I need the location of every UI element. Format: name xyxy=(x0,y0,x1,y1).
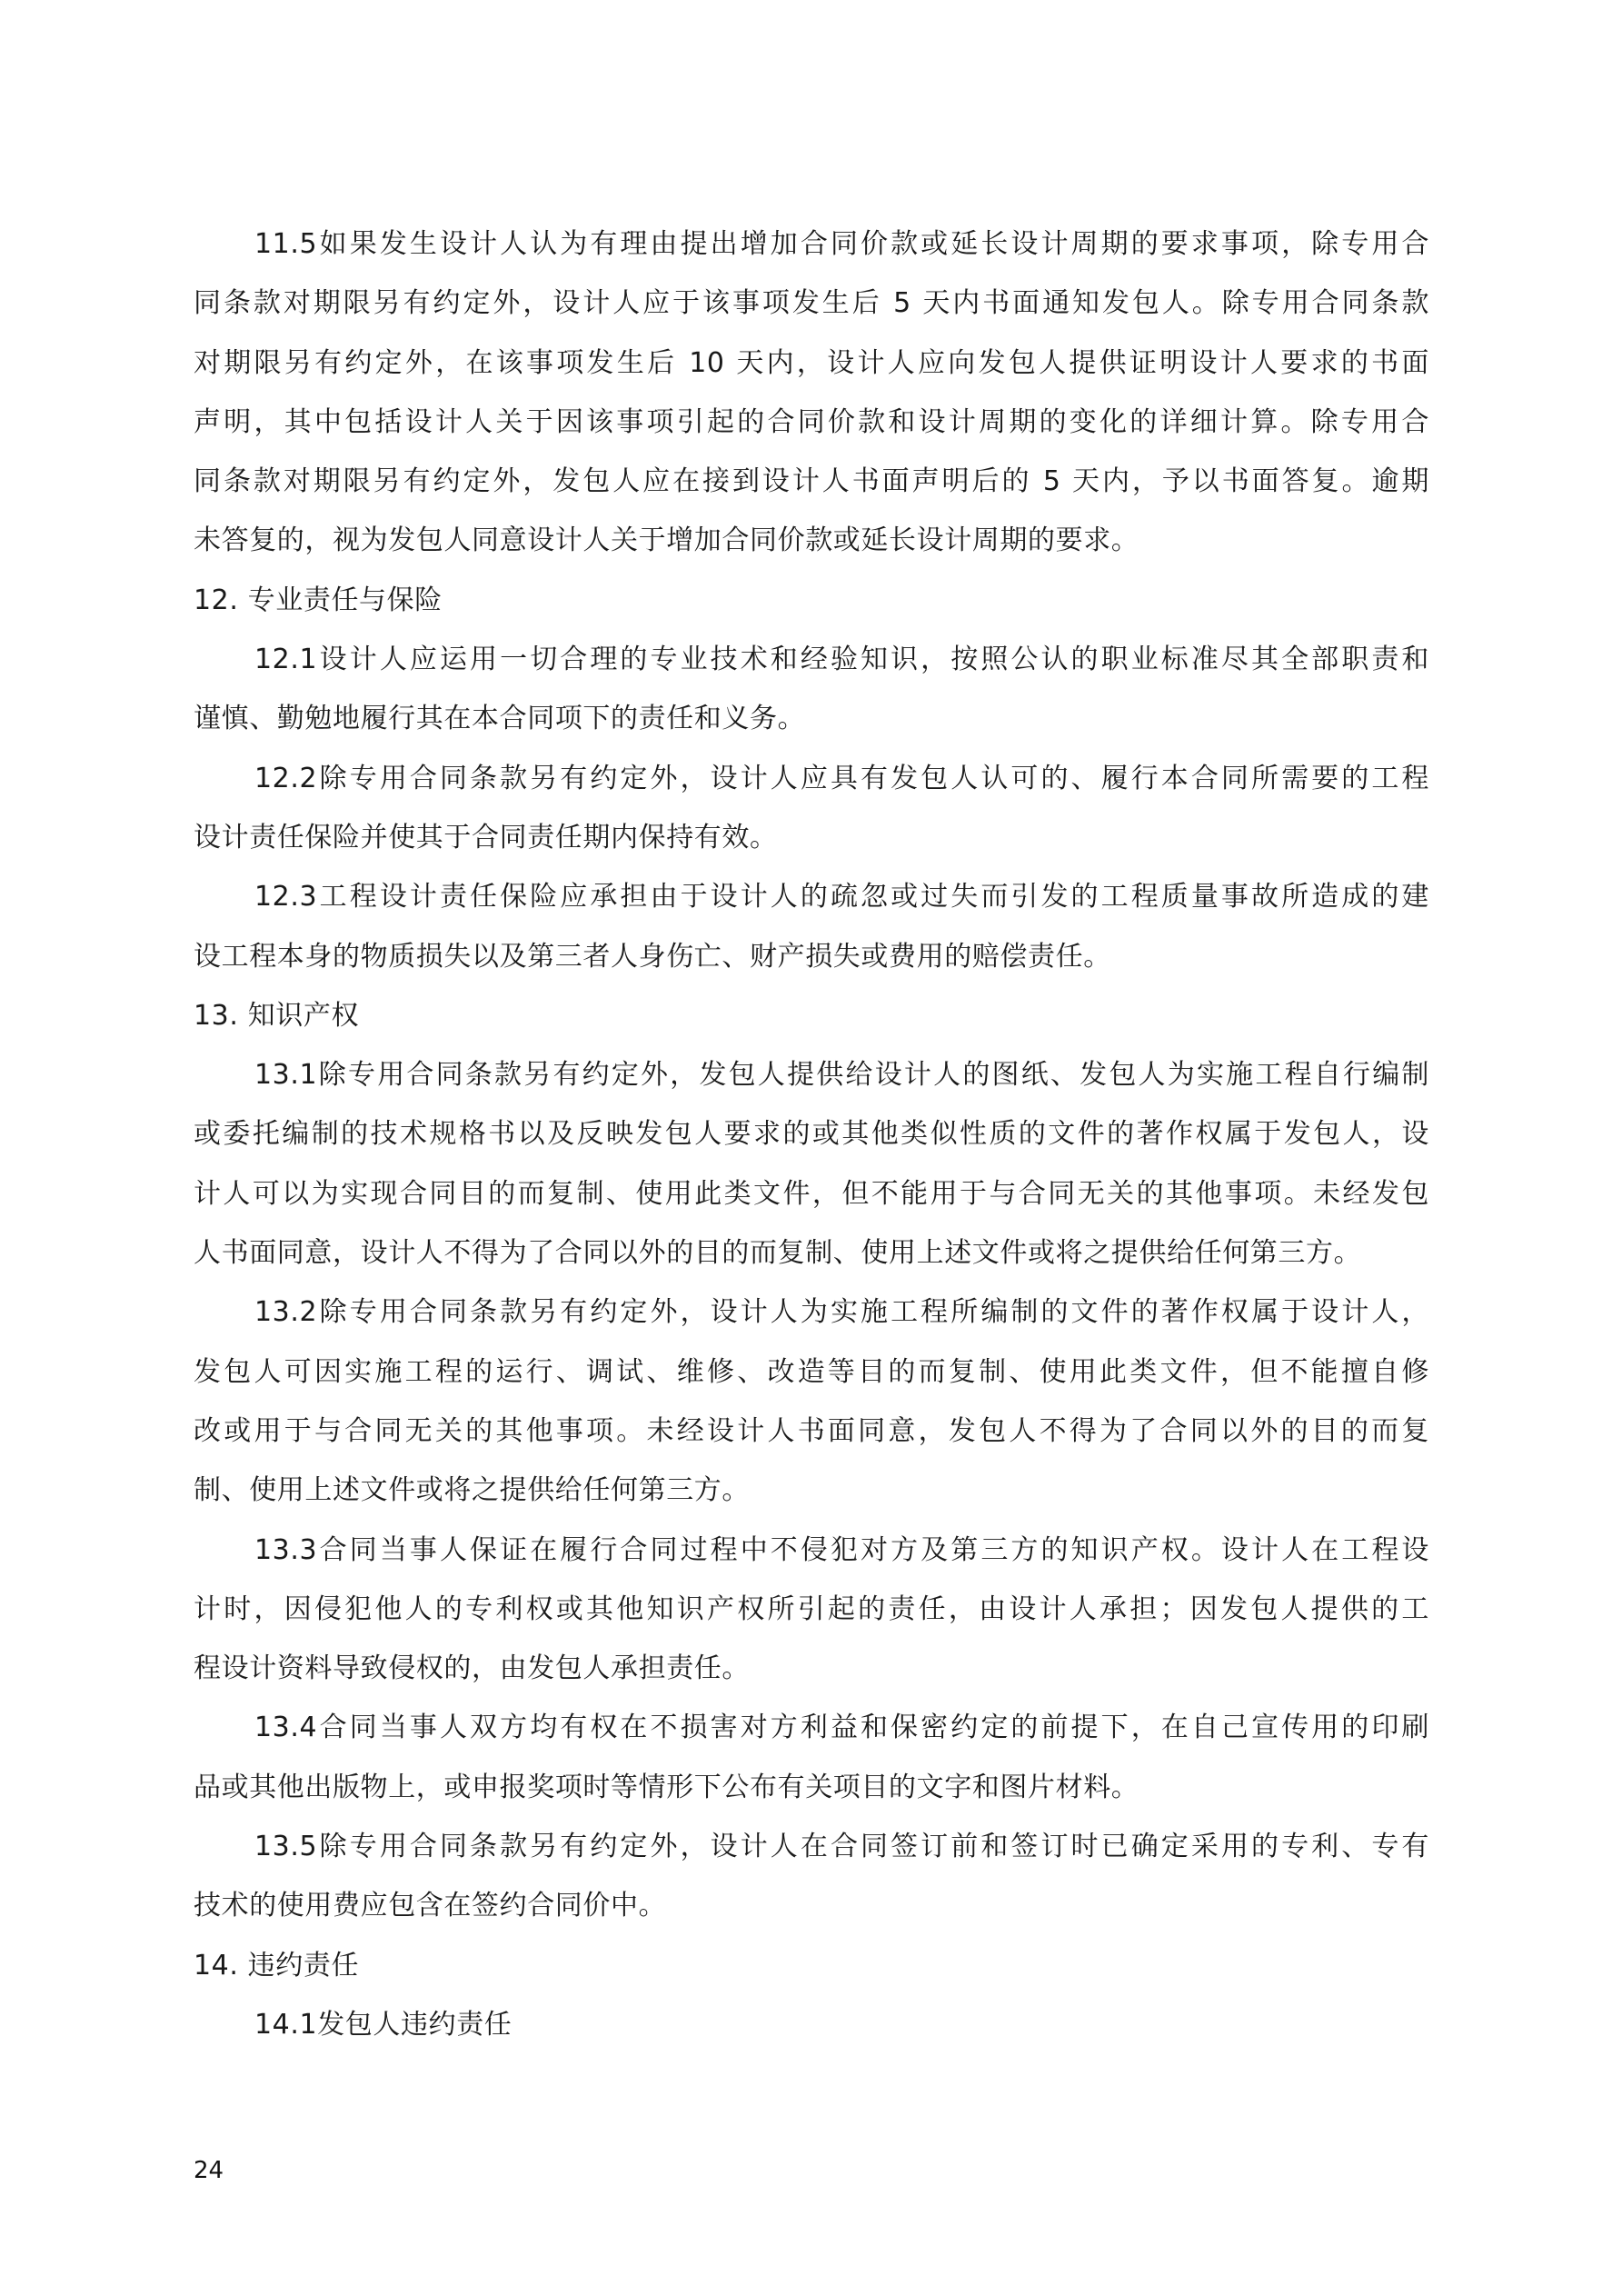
page-number: 24 xyxy=(194,2154,224,2187)
paragraph-line: 人书面同意，设计人不得为了合同以外的目的而复制、使用上述文件或将之提供给任何第三… xyxy=(194,1223,1429,1283)
paragraph-line: 计人可以为实现合同目的而复制、使用此类文件，但不能用于与合同无关的其他事项。未经… xyxy=(194,1164,1429,1223)
paragraph-line: 13.2除专用合同条款另有约定外，设计人为实施工程所编制的文件的著作权属于设计人… xyxy=(194,1283,1429,1342)
document-page: 11.5如果发生设计人认为有理由提出增加合同价款或延长设计周期的要求事项，除专用… xyxy=(0,0,1622,2296)
heading-text: 14. 违约责任 xyxy=(194,1936,1429,1995)
paragraph-line: 12.3工程设计责任保险应承担由于设计人的疏忽或过失而引发的工程质量事故所造成的… xyxy=(194,867,1429,926)
document-body: 11.5如果发生设计人认为有理由提出增加合同价款或延长设计周期的要求事项，除专用… xyxy=(194,215,1429,2054)
paragraph-line: 程设计资料导致侵权的，由发包人承担责任。 xyxy=(194,1639,1429,1698)
paragraph-line: 技术的使用费应包含在签约合同价中。 xyxy=(194,1876,1429,1935)
paragraph-line: 12.2除专用合同条款另有约定外，设计人应具有发包人认可的、履行本合同所需要的工… xyxy=(194,749,1429,808)
paragraph-line: 品或其他出版物上，或申报奖项时等情形下公布有关项目的文字和图片材料。 xyxy=(194,1758,1429,1817)
paragraph-line: 改或用于与合同无关的其他事项。未经设计人书面同意，发包人不得为了合同以外的目的而… xyxy=(194,1402,1429,1461)
clause-paragraph: 12.1设计人应运用一切合理的专业技术和经验知识，按照公认的职业标准尽其全部职责… xyxy=(194,630,1429,749)
section-heading: 13. 知识产权 xyxy=(194,986,1429,1045)
clause-paragraph: 13.5除专用合同条款另有约定外，设计人在合同签订前和签订时已确定采用的专利、专… xyxy=(194,1817,1429,1936)
clause-paragraph: 11.5如果发生设计人认为有理由提出增加合同价款或延长设计周期的要求事项，除专用… xyxy=(194,215,1429,571)
paragraph-line: 发包人可因实施工程的运行、调试、维修、改造等目的而复制、使用此类文件，但不能擅自… xyxy=(194,1343,1429,1402)
paragraph-line: 14.1发包人违约责任 xyxy=(194,1995,1429,2054)
paragraph-line: 设计责任保险并使其于合同责任期内保持有效。 xyxy=(194,808,1429,867)
section-heading: 14. 违约责任 xyxy=(194,1936,1429,1995)
paragraph-line: 13.4合同当事人双方均有权在不损害对方利益和保密约定的前提下，在自己宣传用的印… xyxy=(194,1698,1429,1757)
paragraph-line: 声明，其中包括设计人关于因该事项引起的合同价款和设计周期的变化的详细计算。除专用… xyxy=(194,393,1429,452)
paragraph-line: 同条款对期限另有约定外，设计人应于该事项发生后 5 天内书面通知发包人。除专用合… xyxy=(194,274,1429,333)
paragraph-line: 谨慎、勤勉地履行其在本合同项下的责任和义务。 xyxy=(194,689,1429,748)
paragraph-line: 设工程本身的物质损失以及第三者人身伤亡、财产损失或费用的赔偿责任。 xyxy=(194,927,1429,986)
paragraph-line: 13.1除专用合同条款另有约定外，发包人提供给设计人的图纸、发包人为实施工程自行… xyxy=(194,1045,1429,1104)
clause-paragraph: 12.2除专用合同条款另有约定外，设计人应具有发包人认可的、履行本合同所需要的工… xyxy=(194,749,1429,868)
paragraph-line: 13.5除专用合同条款另有约定外，设计人在合同签订前和签订时已确定采用的专利、专… xyxy=(194,1817,1429,1876)
paragraph-line: 同条款对期限另有约定外，发包人应在接到设计人书面声明后的 5 天内，予以书面答复… xyxy=(194,452,1429,511)
clause-paragraph: 12.3工程设计责任保险应承担由于设计人的疏忽或过失而引发的工程质量事故所造成的… xyxy=(194,867,1429,986)
paragraph-line: 对期限另有约定外，在该事项发生后 10 天内，设计人应向发包人提供证明设计人要求… xyxy=(194,334,1429,393)
heading-text: 12. 专业责任与保险 xyxy=(194,571,1429,630)
paragraph-line: 计时，因侵犯他人的专利权或其他知识产权所引起的责任，由设计人承担；因发包人提供的… xyxy=(194,1580,1429,1639)
clause-paragraph: 13.2除专用合同条款另有约定外，设计人为实施工程所编制的文件的著作权属于设计人… xyxy=(194,1283,1429,1520)
paragraph-line: 11.5如果发生设计人认为有理由提出增加合同价款或延长设计周期的要求事项，除专用… xyxy=(194,215,1429,274)
clause-paragraph: 13.1除专用合同条款另有约定外，发包人提供给设计人的图纸、发包人为实施工程自行… xyxy=(194,1045,1429,1283)
paragraph-line: 制、使用上述文件或将之提供给任何第三方。 xyxy=(194,1461,1429,1520)
paragraph-line: 未答复的，视为发包人同意设计人关于增加合同价款或延长设计周期的要求。 xyxy=(194,511,1429,570)
clause-paragraph: 13.4合同当事人双方均有权在不损害对方利益和保密约定的前提下，在自己宣传用的印… xyxy=(194,1698,1429,1817)
clause-paragraph: 14.1发包人违约责任 xyxy=(194,1995,1429,2054)
section-heading: 12. 专业责任与保险 xyxy=(194,571,1429,630)
clause-paragraph: 13.3合同当事人保证在履行合同过程中不侵犯对方及第三方的知识产权。设计人在工程… xyxy=(194,1521,1429,1699)
paragraph-line: 或委托编制的技术规格书以及反映发包人要求的或其他类似性质的文件的著作权属于发包人… xyxy=(194,1104,1429,1163)
heading-text: 13. 知识产权 xyxy=(194,986,1429,1045)
paragraph-line: 13.3合同当事人保证在履行合同过程中不侵犯对方及第三方的知识产权。设计人在工程… xyxy=(194,1521,1429,1580)
paragraph-line: 12.1设计人应运用一切合理的专业技术和经验知识，按照公认的职业标准尽其全部职责… xyxy=(194,630,1429,689)
